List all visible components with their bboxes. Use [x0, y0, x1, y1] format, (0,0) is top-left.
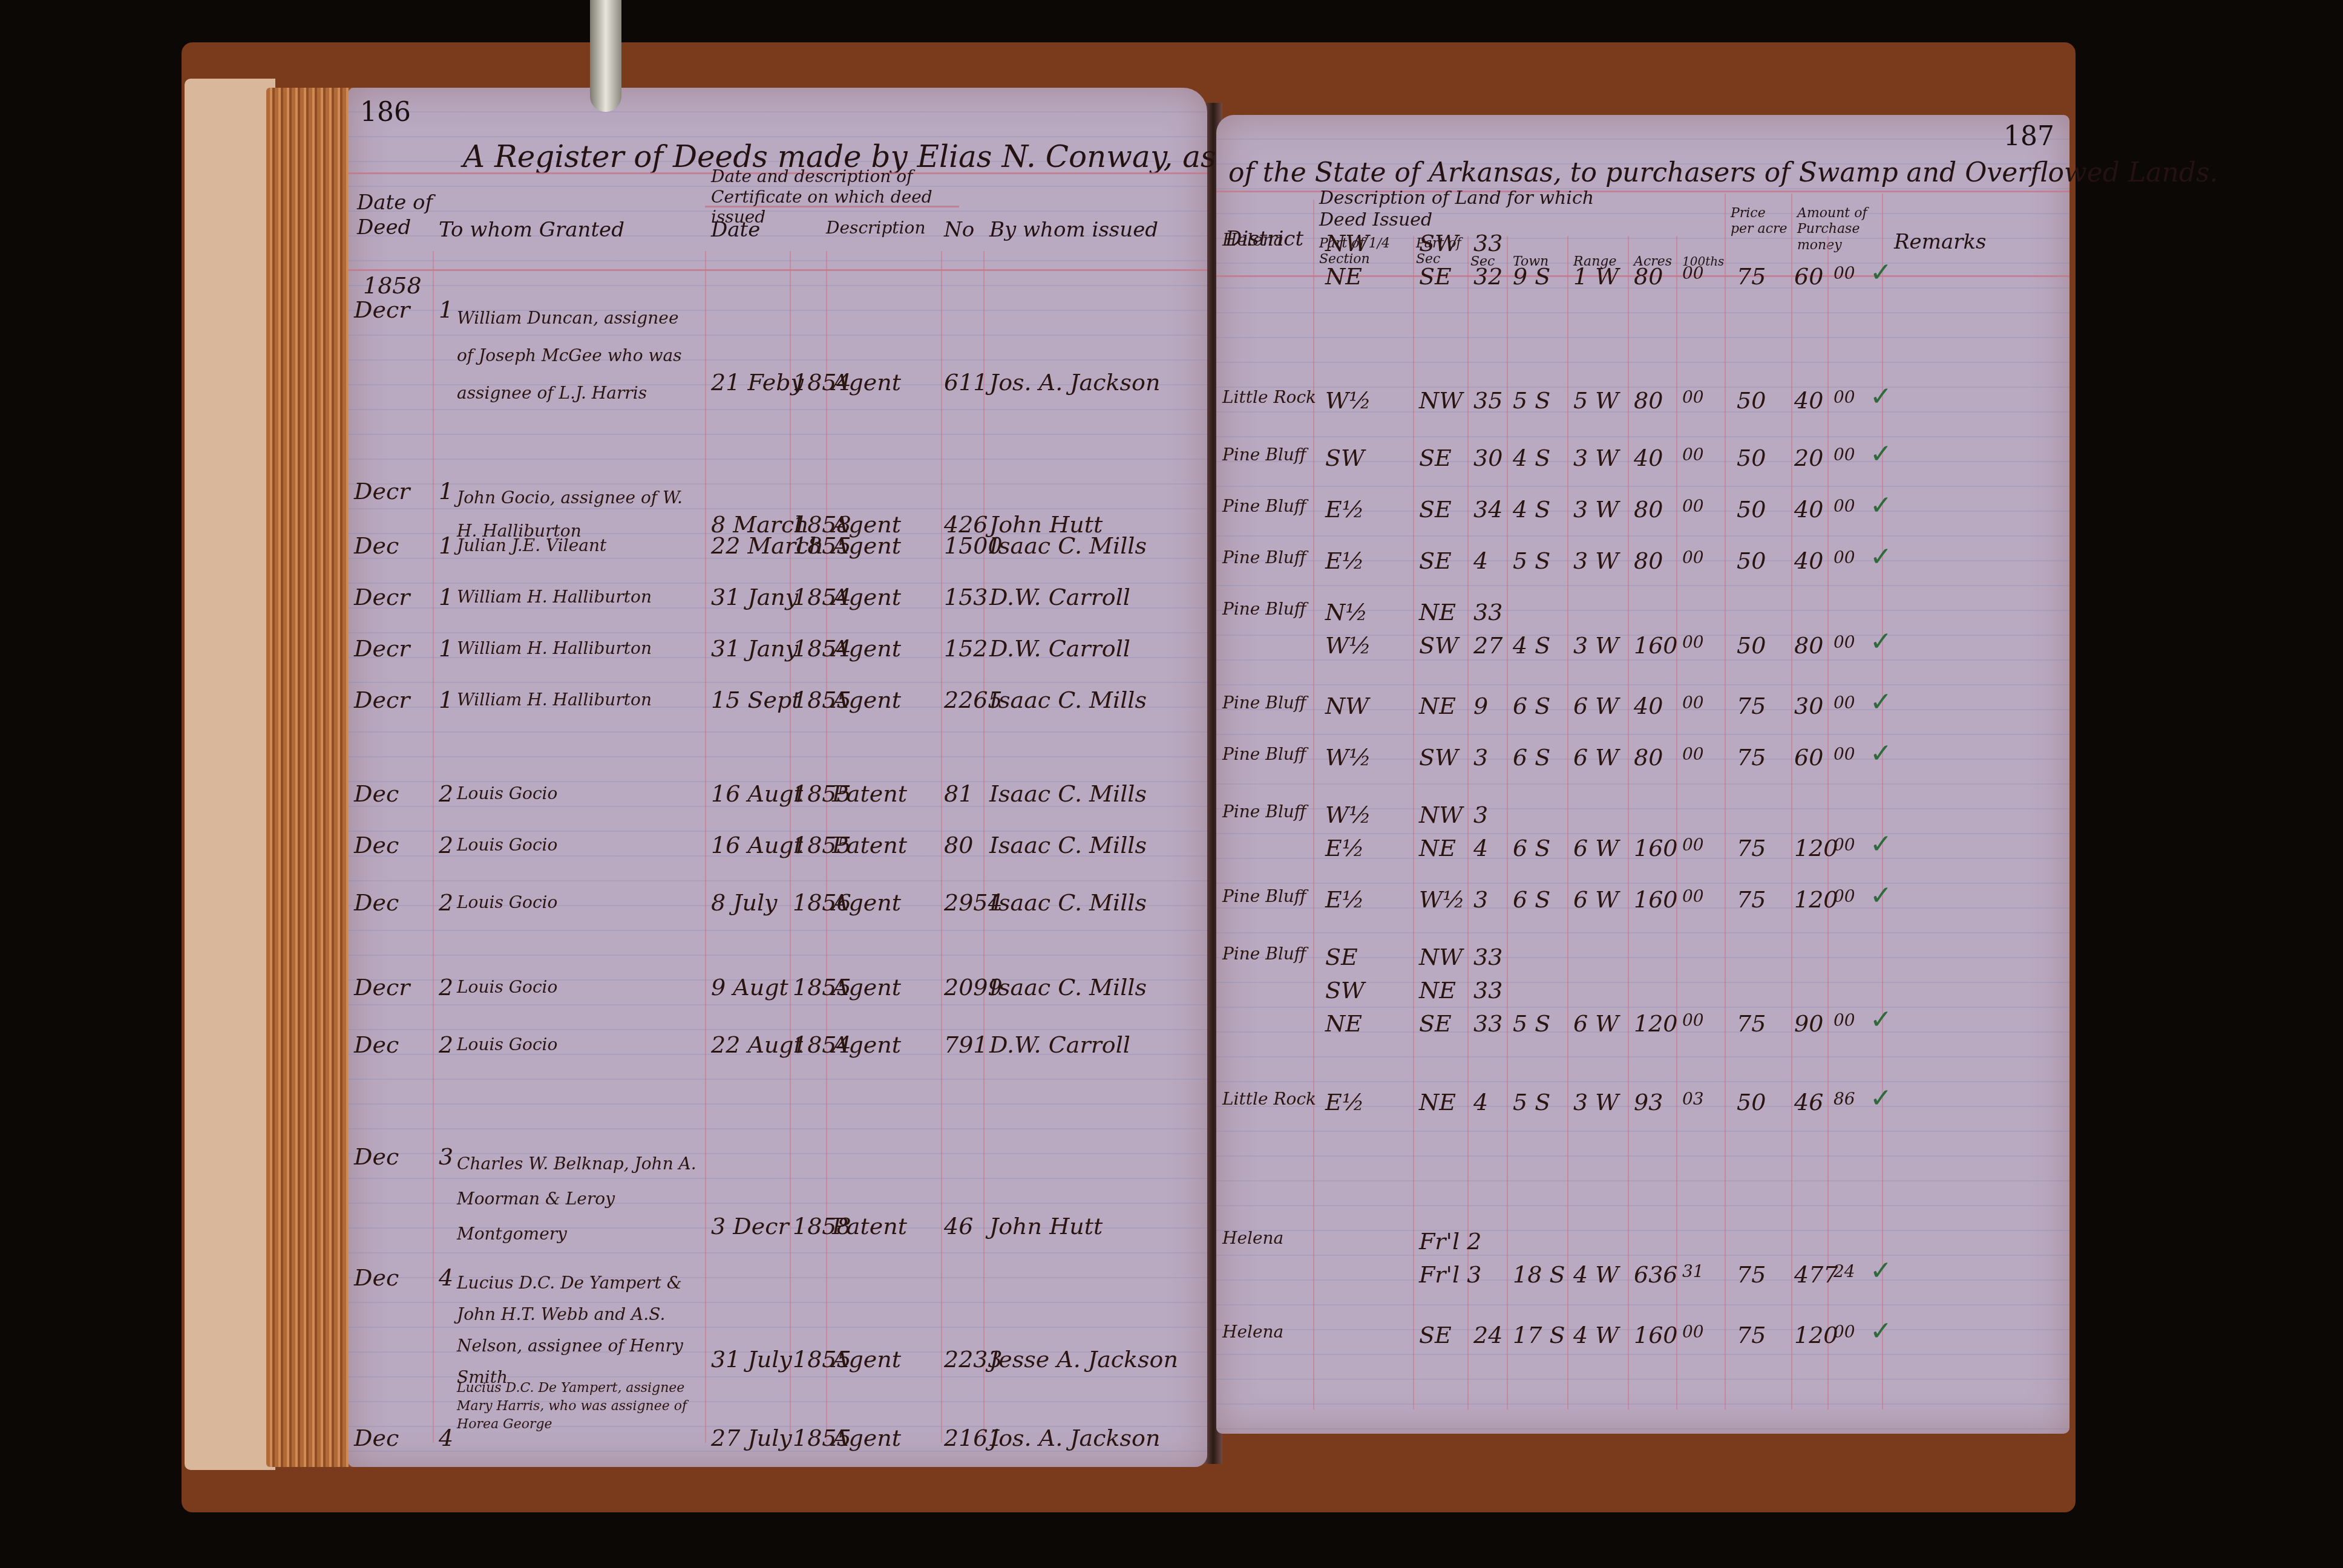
checkmark-icon: ✓ — [1870, 626, 1892, 657]
checkmark-icon: ✓ — [1870, 541, 1892, 572]
page-title: of the State of Arkansas, to purchasers … — [1228, 157, 2218, 188]
checkmark-icon: ✓ — [1870, 1083, 1892, 1114]
header-date: Date — [711, 218, 760, 243]
checkmark-icon: ✓ — [1870, 829, 1892, 860]
left-page: 186 A Register of Deeds made by Elias N.… — [348, 88, 1207, 1467]
header-remarks: Remarks — [1894, 230, 1987, 255]
header-to-whom-granted: To whom Granted — [439, 218, 624, 243]
checkmark-icon: ✓ — [1870, 381, 1892, 412]
page-number: 186 — [360, 97, 411, 128]
checkmark-icon: ✓ — [1870, 687, 1892, 717]
header-amount: Amount of Purchase money — [1797, 206, 1882, 253]
header-price-per-acre: Price per acre — [1731, 206, 1791, 238]
checkmark-icon: ✓ — [1870, 880, 1892, 911]
bookmark-clip — [590, 0, 621, 112]
header-by-whom-issued: By whom issued — [989, 218, 1158, 243]
flyleaf — [185, 79, 275, 1470]
right-page: 187 of the State of Arkansas, to purchas… — [1216, 115, 2069, 1434]
header-description: Description — [826, 218, 925, 238]
checkmark-icon: ✓ — [1870, 257, 1892, 288]
year-label: 1858 — [363, 272, 422, 299]
checkmark-icon: ✓ — [1870, 1004, 1892, 1035]
checkmark-icon: ✓ — [1870, 1255, 1892, 1286]
header-date-of-deed: Date of Deed — [357, 191, 436, 240]
checkmark-icon: ✓ — [1870, 490, 1892, 521]
header-no: No — [944, 218, 974, 243]
page-edges — [266, 88, 357, 1467]
page-number: 187 — [2004, 121, 2054, 152]
checkmark-icon: ✓ — [1870, 1316, 1892, 1347]
header-land-group: Description of Land for which Deed Issue… — [1319, 188, 1634, 231]
checkmark-icon: ✓ — [1870, 738, 1892, 769]
checkmark-icon: ✓ — [1870, 439, 1892, 469]
